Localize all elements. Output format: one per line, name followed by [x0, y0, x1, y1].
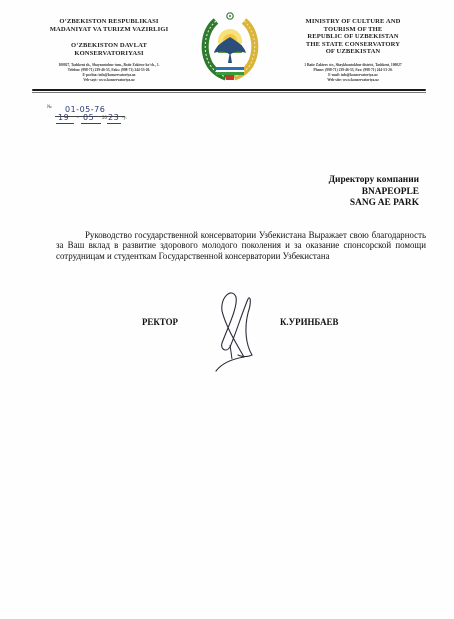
institution-en-line-2: OF UZBEKISTAN	[268, 48, 438, 56]
recipient-company: BNAPEOPLE	[329, 187, 419, 199]
recipient-name: SANG AE PARK	[329, 198, 419, 210]
recipient-block: Директору компании BNAPEOPLE SANG AE PAR…	[329, 175, 419, 210]
body-paragraph: Руководство государственной консерватори…	[56, 230, 426, 261]
recipient-title: Директору компании	[329, 175, 419, 187]
institution-line-1: O‘ZBEKISTON DAVLAT	[20, 42, 198, 50]
year-mark: -y.	[122, 116, 127, 121]
letter-page: O‘ZBEKISTON RESPUBLIKASI MADANIYAT VA TU…	[0, 0, 454, 619]
institution-line-2: KONSERVATORIYASI	[20, 50, 198, 58]
letter-body: Руководство государственной консерватори…	[56, 230, 426, 261]
institution-en-line-1: THE STATE CONSERVATORY	[268, 41, 438, 49]
year-prefix: 20	[102, 116, 107, 121]
handwritten-signature-icon	[192, 283, 272, 383]
contact-block-uzbek: 100027, Toshkent sh., Shayxontohur tum.,…	[20, 63, 198, 83]
date-separator: -	[77, 116, 79, 121]
ministry-en-line-1: MINISTRY OF CULTURE AND	[268, 18, 438, 26]
website-en-line: Web-site: www.konservatoriya.uz	[268, 78, 438, 83]
state-emblem-icon	[196, 7, 264, 87]
date-year: 23	[108, 113, 119, 122]
ministry-line-2: MADANIYAT VA TURIZM VAZIRLIGI	[20, 26, 198, 34]
date-day: 19	[58, 113, 69, 122]
letterhead-divider-thin	[32, 92, 426, 93]
ministry-en-line-3: REPUBLIC OF UZBEKISTAN	[268, 33, 438, 41]
ministry-line-1: O‘ZBEKISTON RESPUBLIKASI	[20, 18, 198, 26]
reg-number-label: №	[47, 105, 52, 110]
letterhead-uzbek: O‘ZBEKISTON RESPUBLIKASI MADANIYAT VA TU…	[20, 18, 198, 83]
website-line: Veb-sayt: www.konservatoriya.uz	[20, 78, 198, 83]
ministry-en-line-2: TOURISM OF THE	[268, 26, 438, 34]
contact-block-english: 1 Batir Zakirov str., Shaykhontokhur dis…	[268, 63, 438, 83]
signatory-name: К.УРИНБАЕВ	[280, 317, 338, 327]
date-day-underline	[56, 123, 74, 124]
date-month: 05	[83, 113, 94, 122]
signatory-title: РЕКТОР	[142, 317, 178, 327]
date-year-underline	[107, 123, 121, 124]
letterhead-english: MINISTRY OF CULTURE AND TOURISM OF THE R…	[268, 18, 438, 83]
date-month-underline	[81, 123, 101, 124]
